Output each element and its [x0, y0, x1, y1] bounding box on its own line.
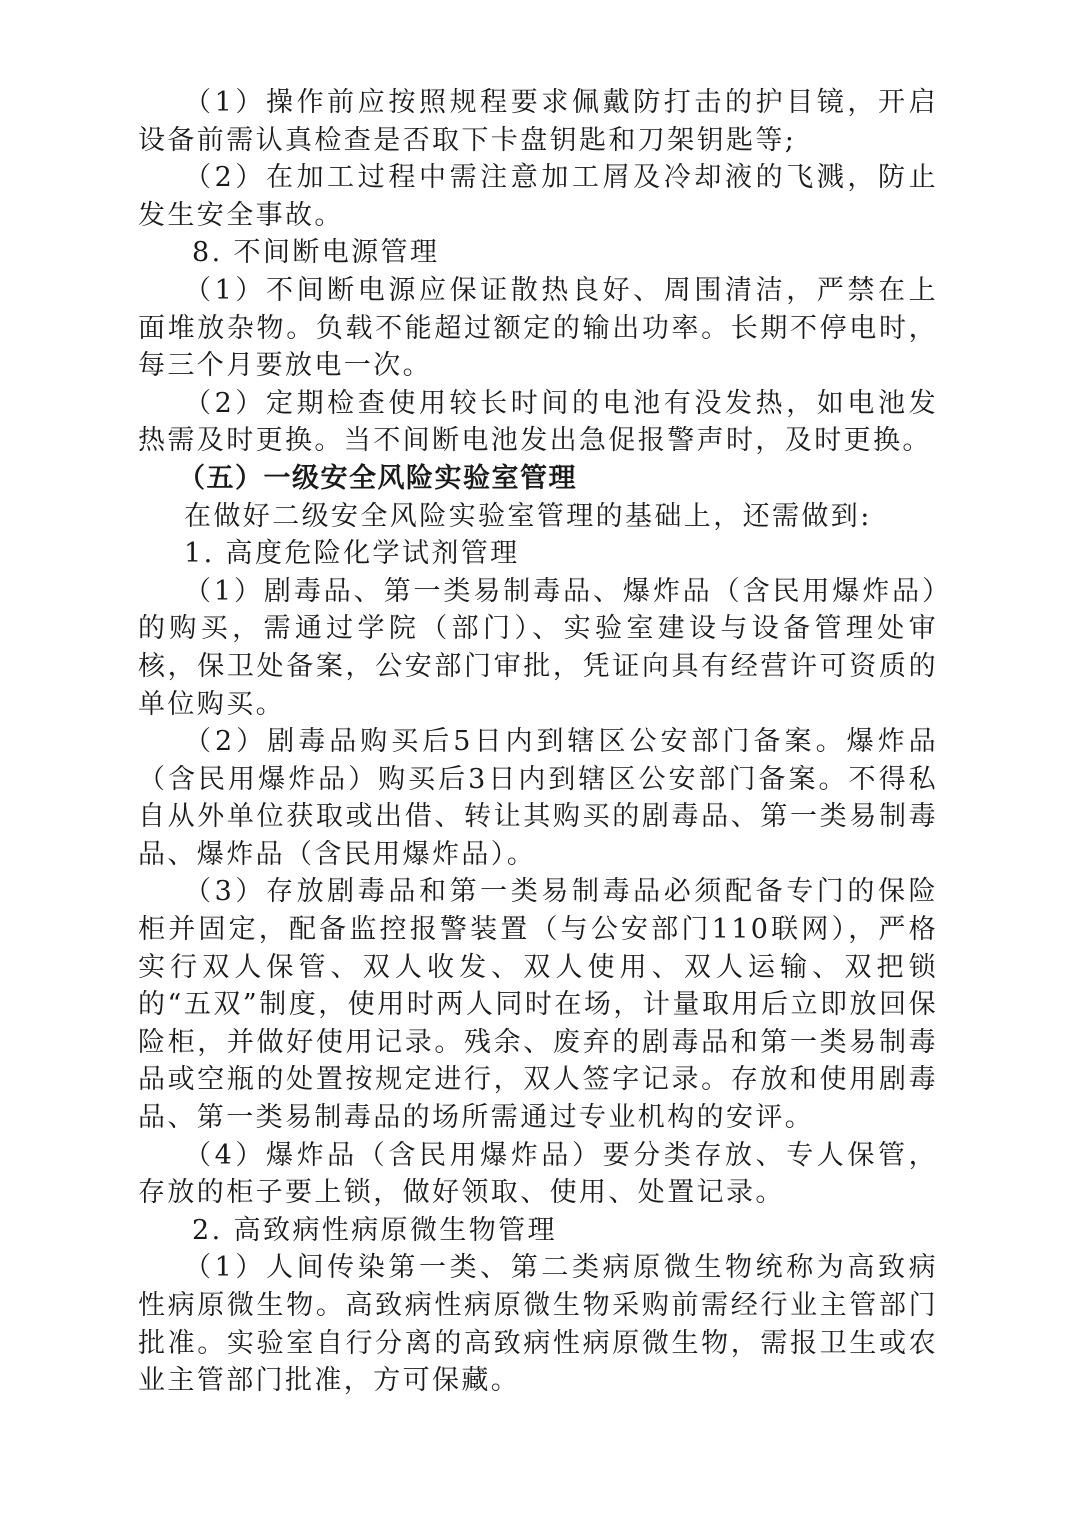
document-page: （1）操作前应按照规程要求佩戴防打击的护目镜，开启设备前需认真检查是否取下卡盘钥… — [138, 84, 938, 1400]
subheading: 8. 不间断电源管理 — [138, 234, 938, 272]
paragraph-item: （1）不间断电源应保证散热良好、周围清洁，严禁在上面堆放杂物。负载不能超过额定的… — [138, 272, 938, 385]
paragraph-item: （1）人间传染第一类、第二类病原微生物统称为高致病性病原微生物。高致病性病原微生… — [138, 1249, 938, 1399]
paragraph-item: （2）在加工过程中需注意加工屑及冷却液的飞溅，防止发生安全事故。 — [138, 159, 938, 234]
paragraph-item: （1）剧毒品、第一类易制毒品、爆炸品（含民用爆炸品）的购买，需通过学院（部门）、… — [138, 573, 938, 723]
paragraph-item: （4）爆炸品（含民用爆炸品）要分类存放、专人保管，存放的柜子要上锁，做好领取、使… — [138, 1137, 938, 1212]
paragraph-item: （2）定期检查使用较长时间的电池有没发热，如电池发热需及时更换。当不间断电池发出… — [138, 385, 938, 460]
section-heading: （五）一级安全风险实验室管理 — [138, 460, 938, 498]
paragraph-item: （2）剧毒品购买后5日内到辖区公安部门备案。爆炸品（含民用爆炸品）购买后3日内到… — [138, 723, 938, 873]
paragraph-item: （1）操作前应按照规程要求佩戴防打击的护目镜，开启设备前需认真检查是否取下卡盘钥… — [138, 84, 938, 159]
paragraph-text: 在做好二级安全风险实验室管理的基础上，还需做到: — [138, 498, 938, 536]
subheading: 1. 高度危险化学试剂管理 — [138, 535, 938, 573]
subheading: 2. 高致病性病原微生物管理 — [138, 1212, 938, 1250]
paragraph-item: （3）存放剧毒品和第一类易制毒品必须配备专门的保险柜并固定，配备监控报警装置（与… — [138, 873, 938, 1136]
